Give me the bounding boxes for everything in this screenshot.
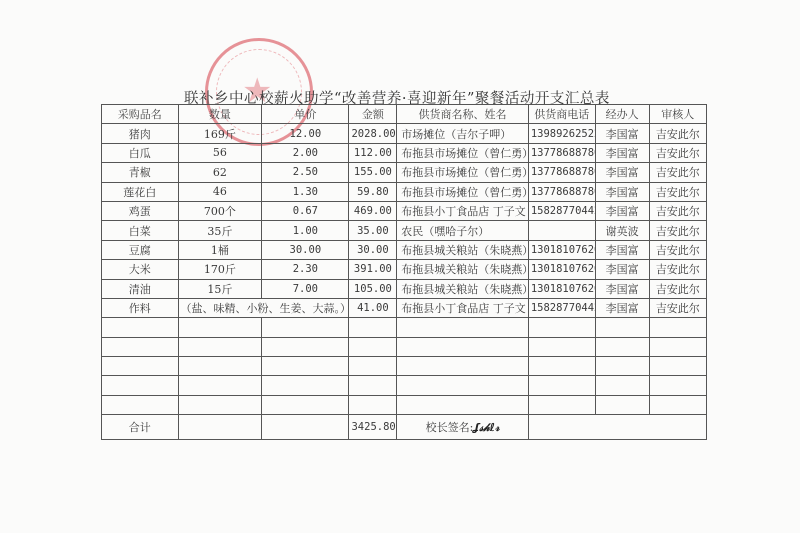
cell-empty	[397, 395, 529, 414]
table-row: 青椒622.50155.00布拖县市场摊位（曾仁勇）13778688780李国富…	[102, 163, 707, 182]
cell-supplier: 市场摊位（吉尔子呷）	[397, 124, 529, 143]
cell-quantity: 62	[178, 163, 262, 182]
cell-quantity: 56	[178, 143, 262, 162]
table-row: 鸡蛋700个0.67469.00布拖县小丁食品店 丁子文15828770442李…	[102, 201, 707, 220]
cell-auditor: 吉安此尔	[649, 143, 706, 162]
cell-empty	[262, 395, 349, 414]
cell-amount: 59.80	[349, 182, 397, 201]
cell-handler: 李国富	[595, 298, 649, 317]
cell-quantity: 169斤	[178, 124, 262, 143]
cell-supplier-phone: 13018107620	[528, 260, 595, 279]
cell-empty	[528, 318, 595, 337]
cell-auditor: 吉安此尔	[649, 182, 706, 201]
header-supplier: 供货商名称、姓名	[397, 105, 529, 124]
cell-handler: 李国富	[595, 124, 649, 143]
table-row: 莲花白461.3059.80布拖县市场摊位（曾仁勇）13778688780李国富…	[102, 182, 707, 201]
cell-item: 清油	[102, 279, 179, 298]
cell-empty	[528, 395, 595, 414]
cell-supplier-phone	[528, 221, 595, 240]
table-row: 豆腐1桶30.0030.00布拖县城关粮站（朱晓燕）13018107620李国富…	[102, 240, 707, 259]
cell-supplier-phone: 15828770442	[528, 298, 595, 317]
cell-item: 大米	[102, 260, 179, 279]
cell-handler: 李国富	[595, 201, 649, 220]
table-row: 大米170斤2.30391.00布拖县城关粮站（朱晓燕）13018107620李…	[102, 260, 707, 279]
cell-unit-price: 12.00	[262, 124, 349, 143]
header-item: 采购品名	[102, 105, 179, 124]
table-row-total: 合计3425.80校长签名:ʆ𝓈𝒽ℓ𝓇	[102, 415, 707, 440]
cell-quantity: 1桶	[178, 240, 262, 259]
cell-empty	[649, 357, 706, 376]
cell-amount: 30.00	[349, 240, 397, 259]
cell-empty	[349, 318, 397, 337]
cell-empty	[528, 376, 595, 395]
cell-auditor: 吉安此尔	[649, 201, 706, 220]
cell-empty	[528, 357, 595, 376]
cell-empty	[178, 415, 262, 440]
cell-empty	[595, 376, 649, 395]
cell-empty	[178, 318, 262, 337]
cell-supplier-phone: 13018107620	[528, 279, 595, 298]
cell-empty	[397, 337, 529, 356]
cell-auditor: 吉安此尔	[649, 124, 706, 143]
cell-amount: 105.00	[349, 279, 397, 298]
cell-item: 作料	[102, 298, 179, 317]
table-row-empty	[102, 337, 707, 356]
cell-supplier: 布拖县市场摊位（曾仁勇）	[397, 163, 529, 182]
cell-unit-price: 2.50	[262, 163, 349, 182]
expense-summary-table: 采购品名数量单价金额供货商名称、姓名供货商电话经办人审核人 猪肉169斤12.0…	[101, 104, 707, 440]
cell-empty	[102, 376, 179, 395]
cell-supplier-phone: 13989262522	[528, 124, 595, 143]
table-row: 白菜35斤1.0035.00农民（嘿哈子尔）谢英波吉安此尔	[102, 221, 707, 240]
cell-empty	[262, 415, 349, 440]
cell-empty	[649, 395, 706, 414]
cell-empty	[262, 357, 349, 376]
cell-supplier-phone: 13018107620	[528, 240, 595, 259]
total-amount: 3425.80	[349, 415, 397, 440]
cell-empty	[528, 337, 595, 356]
cell-supplier: 布拖县市场摊位（曾仁勇）	[397, 182, 529, 201]
cell-unit-price: 1.30	[262, 182, 349, 201]
cell-empty	[178, 337, 262, 356]
cell-auditor: 吉安此尔	[649, 163, 706, 182]
cell-quantity: 35斤	[178, 221, 262, 240]
cell-quantity: 700个	[178, 201, 262, 220]
header-amount: 金额	[349, 105, 397, 124]
cell-amount: 35.00	[349, 221, 397, 240]
cell-supplier-phone: 13778688780	[528, 182, 595, 201]
cell-supplier-phone: 13778688780	[528, 143, 595, 162]
cell-empty	[595, 357, 649, 376]
cell-supplier: 布拖县城关粮站（朱晓燕）	[397, 279, 529, 298]
cell-amount: 2028.00	[349, 124, 397, 143]
cell-auditor: 吉安此尔	[649, 221, 706, 240]
cell-empty	[102, 337, 179, 356]
cell-amount: 41.00	[349, 298, 397, 317]
cell-empty	[349, 395, 397, 414]
cell-handler: 李国富	[595, 163, 649, 182]
cell-empty	[262, 337, 349, 356]
cell-supplier: 布拖县小丁食品店 丁子文	[397, 298, 529, 317]
table-row: 清油15斤7.00105.00布拖县城关粮站（朱晓燕）13018107620李国…	[102, 279, 707, 298]
header-unit-price: 单价	[262, 105, 349, 124]
cell-empty	[649, 337, 706, 356]
cell-item: 豆腐	[102, 240, 179, 259]
cell-amount: 112.00	[349, 143, 397, 162]
cell-empty	[102, 318, 179, 337]
table-row-empty	[102, 357, 707, 376]
cell-handler: 李国富	[595, 240, 649, 259]
table-row-seasoning: 作料（盐、味精、小粉、生姜、大蒜。）41.00布拖县小丁食品店 丁子文15828…	[102, 298, 707, 317]
cell-supplier-phone: 13778688780	[528, 163, 595, 182]
cell-auditor: 吉安此尔	[649, 240, 706, 259]
cell-unit-price: 0.67	[262, 201, 349, 220]
cell-empty	[262, 376, 349, 395]
cell-unit-price: 30.00	[262, 240, 349, 259]
cell-empty	[178, 395, 262, 414]
cell-item: 白瓜	[102, 143, 179, 162]
cell-empty	[595, 318, 649, 337]
cell-handler: 谢英波	[595, 221, 649, 240]
cell-empty	[178, 376, 262, 395]
cell-empty	[349, 337, 397, 356]
cell-empty	[349, 357, 397, 376]
cell-amount: 469.00	[349, 201, 397, 220]
cell-amount: 155.00	[349, 163, 397, 182]
cell-unit-price: 1.00	[262, 221, 349, 240]
cell-empty	[397, 318, 529, 337]
cell-empty	[649, 376, 706, 395]
cell-empty	[528, 415, 706, 440]
cell-unit-price: 7.00	[262, 279, 349, 298]
cell-amount: 391.00	[349, 260, 397, 279]
table-row-empty	[102, 318, 707, 337]
total-label: 合计	[102, 415, 179, 440]
cell-supplier: 农民（嘿哈子尔）	[397, 221, 529, 240]
cell-auditor: 吉安此尔	[649, 298, 706, 317]
cell-handler: 李国富	[595, 279, 649, 298]
cell-item: 白菜	[102, 221, 179, 240]
principal-signature-cell: 校长签名:ʆ𝓈𝒽ℓ𝓇	[397, 415, 529, 440]
principal-signature: ʆ𝓈𝒽ℓ𝓇	[473, 421, 499, 434]
table-row: 猪肉169斤12.002028.00市场摊位（吉尔子呷）13989262522李…	[102, 124, 707, 143]
table-row-empty	[102, 376, 707, 395]
cell-quantity: 170斤	[178, 260, 262, 279]
cell-empty	[349, 376, 397, 395]
cell-auditor: 吉安此尔	[649, 260, 706, 279]
cell-empty	[595, 337, 649, 356]
cell-quantity: 15斤	[178, 279, 262, 298]
cell-supplier-phone: 15828770442	[528, 201, 595, 220]
cell-unit-price: 2.30	[262, 260, 349, 279]
cell-seasoning-detail: （盐、味精、小粉、生姜、大蒜。）	[178, 298, 349, 317]
header-supplier-phone: 供货商电话	[528, 105, 595, 124]
cell-empty	[102, 357, 179, 376]
header-handler: 经办人	[595, 105, 649, 124]
cell-empty	[102, 395, 179, 414]
cell-empty	[649, 318, 706, 337]
cell-unit-price: 2.00	[262, 143, 349, 162]
cell-handler: 李国富	[595, 260, 649, 279]
cell-supplier: 布拖县市场摊位（曾仁勇）	[397, 143, 529, 162]
cell-item: 猪肉	[102, 124, 179, 143]
table-row-empty	[102, 395, 707, 414]
table-header-row: 采购品名数量单价金额供货商名称、姓名供货商电话经办人审核人	[102, 105, 707, 124]
header-quantity: 数量	[178, 105, 262, 124]
table-row: 白瓜562.00112.00布拖县市场摊位（曾仁勇）13778688780李国富…	[102, 143, 707, 162]
cell-quantity: 46	[178, 182, 262, 201]
signature-label: 校长签名:	[426, 421, 474, 434]
cell-handler: 李国富	[595, 182, 649, 201]
header-auditor: 审核人	[649, 105, 706, 124]
cell-supplier: 布拖县城关粮站（朱晓燕）	[397, 260, 529, 279]
cell-item: 莲花白	[102, 182, 179, 201]
cell-auditor: 吉安此尔	[649, 279, 706, 298]
cell-item: 青椒	[102, 163, 179, 182]
cell-item: 鸡蛋	[102, 201, 179, 220]
cell-supplier: 布拖县城关粮站（朱晓燕）	[397, 240, 529, 259]
cell-handler: 李国富	[595, 143, 649, 162]
cell-empty	[178, 357, 262, 376]
cell-empty	[595, 395, 649, 414]
cell-supplier: 布拖县小丁食品店 丁子文	[397, 201, 529, 220]
cell-empty	[397, 376, 529, 395]
cell-empty	[262, 318, 349, 337]
cell-empty	[397, 357, 529, 376]
